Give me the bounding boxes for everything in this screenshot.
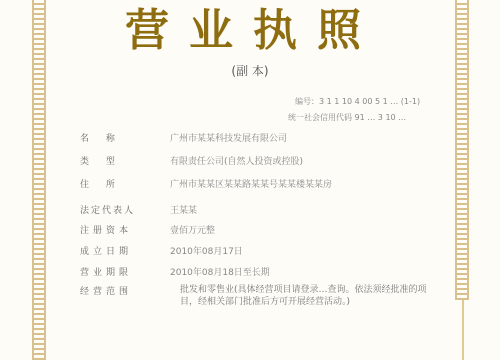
credit-code: 统一社会信用代码 91 … 3 10 … — [288, 112, 406, 123]
decorative-border-left — [32, 0, 46, 360]
field-value: 2010年08月17日 — [170, 244, 243, 257]
decorative-border-right-lower — [462, 300, 464, 360]
registration-number: 编号：3 1 1 10 4 00 5 1 … (1-1) — [295, 96, 420, 107]
license-subtitle: (副 本) — [210, 62, 290, 79]
field-row-capital: 注册资本壹佰万元整 — [80, 223, 215, 236]
field-row-established: 成立日期2010年08月17日 — [80, 244, 243, 257]
field-label: 类 型 — [80, 154, 170, 167]
field-row-scope-label: 经营范围 — [80, 284, 170, 297]
field-row-term: 营业期限2010年08月18日至长期 — [80, 265, 270, 278]
field-value: 广州市某某科技发展有限公司 — [170, 131, 287, 144]
license-title: 营业执照 — [118, 0, 388, 58]
field-value: 有限责任公司(自然人投资或控股) — [170, 154, 303, 167]
field-label: 名 称 — [80, 131, 170, 144]
field-label: 注册资本 — [80, 223, 170, 236]
field-label: 经营范围 — [80, 284, 170, 297]
field-label: 住 所 — [80, 177, 170, 190]
field-row-legal-rep: 法定代表人王某某 — [80, 203, 197, 216]
field-label: 成立日期 — [80, 244, 170, 257]
field-value: 2010年08月18日至长期 — [170, 265, 270, 278]
field-row-name: 名 称广州市某某科技发展有限公司 — [80, 131, 287, 144]
field-value: 王某某 — [170, 203, 197, 216]
field-value: 壹佰万元整 — [170, 223, 215, 236]
business-scope-text: 批发和零售业(具体经营项目请登录…查询。依法须经批准的项目，经相关部门批准后方可… — [180, 284, 440, 308]
field-row-address: 住 所广州市某某区某某路某某号某某楼某某房 — [80, 177, 332, 190]
decorative-border-right — [455, 0, 469, 300]
field-row-type: 类 型有限责任公司(自然人投资或控股) — [80, 154, 303, 167]
field-label: 营业期限 — [80, 265, 170, 278]
field-label: 法定代表人 — [80, 203, 170, 216]
field-value: 广州市某某区某某路某某号某某楼某某房 — [170, 177, 332, 190]
